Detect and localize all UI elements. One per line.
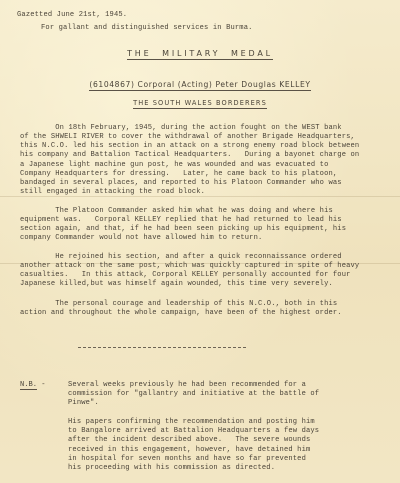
citation-line: For gallant and distinguished services i… <box>41 24 253 34</box>
text-line: action and throughout the whole campaign… <box>20 309 342 319</box>
text-line: his company and Battalion Tactical Headq… <box>20 151 359 161</box>
nb-label-text: N.B. <box>20 381 37 390</box>
text-line: after the incident described above. The … <box>68 436 310 446</box>
text-line: commission for "gallantry and initiative… <box>68 390 319 400</box>
text-line: company Commander would not have allowed… <box>20 234 262 244</box>
regiment-name: THE SOUTH WALES BORDERERS <box>0 99 400 107</box>
text-line: still engaged in attacking the road bloc… <box>20 188 205 198</box>
text-line: his proceeding with his commission as di… <box>68 464 275 474</box>
section-divider <box>78 347 246 348</box>
medal-title-text: THE MILITARY MEDAL <box>127 49 273 60</box>
medal-title: THE MILITARY MEDAL <box>0 49 400 58</box>
nb-dash: - <box>37 381 46 389</box>
text-line: Pinwe". <box>68 399 99 409</box>
recipient-name: (6104867) Corporal (Acting) Peter Dougla… <box>0 80 400 89</box>
nb-label: N.B. - <box>20 381 46 389</box>
gazette-line: Gazetted June 21st, 1945. <box>17 11 127 21</box>
text-line: Japanese killed,but was himself again wo… <box>20 280 333 290</box>
regiment-name-text: THE SOUTH WALES BORDERERS <box>133 99 267 109</box>
recipient-name-text: (6104867) Corporal (Acting) Peter Dougla… <box>89 80 310 91</box>
